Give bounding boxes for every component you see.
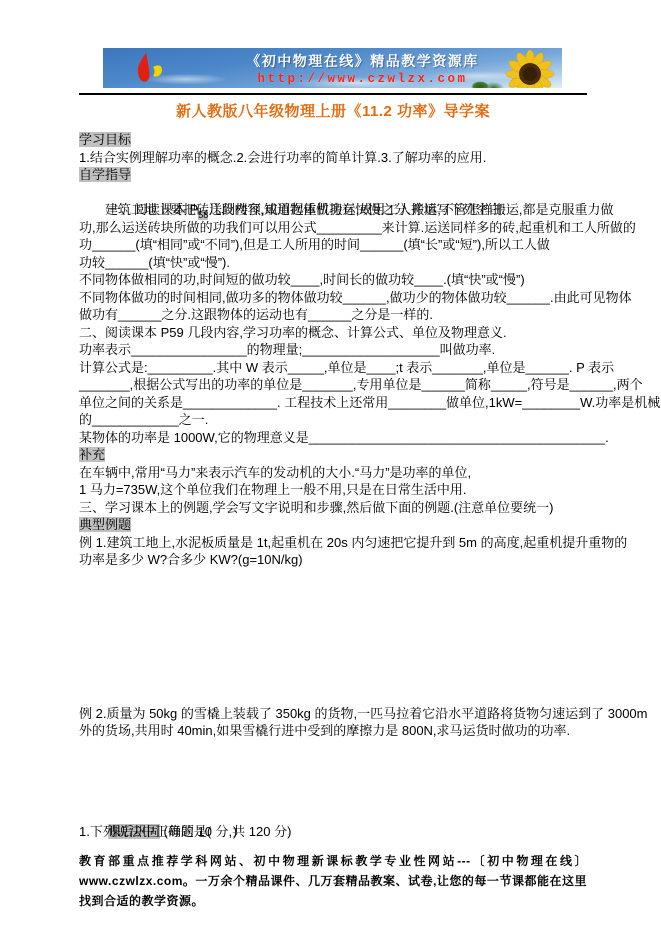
goals-heading: 学习目标: [79, 132, 131, 147]
site-banner: 《初中物理在线》精品教学资源库 http://www.czwlzx.com: [103, 48, 562, 88]
example2-line: 例 2.质量为 50kg 的雪橇上装载了 350kg 的货物,一匹马拉着它沿水平…: [79, 705, 587, 723]
bricks-paragraph-line: 建筑工地上要把砖送到楼顶,或用起重机搬运,或用工人搬运,不管怎样搬运,都是克服重…: [79, 201, 587, 219]
compare-work-line: 做功有______之分.这跟物体的运动也有______之分是一样的.: [79, 306, 587, 324]
document-page: 《初中物理在线》精品教学资源库 http://www.czwlzx.com: [0, 0, 661, 936]
reading-task-3: 三、学习课本上的例题,学会写文字说明和步骤,然后做下面的例题.(注意单位要统一): [79, 499, 587, 517]
formula-line: _______,根据公式写出的功率的单位是_______,专用单位是______…: [79, 376, 587, 394]
physical-meaning-line: 某物体的功率是 1000W,它的物理意义是___________________…: [79, 429, 587, 447]
banner-site-title: 《初中物理在线》精品教学资源库: [207, 51, 518, 71]
compare-work-line: 不同物体做功的时间相同,做功多的物体做功较______,做功少的物体做功较___…: [79, 289, 587, 307]
compare-time-line: 不同物体做相同的功,时间短的做功较____,时间长的做功较____.(填“快”或…: [79, 271, 587, 289]
example2-line: 外的货场,共用时 40min,如果雪橇行进中受到的摩擦力是 800N,求马运货时…: [79, 722, 587, 740]
site-logo-icon: [129, 51, 173, 87]
reading-task-2: 二、阅读课本 P59 几段内容,学习功率的概念、计算公式、单位及物理意义.: [79, 324, 587, 342]
formula-line: 的____________之一.: [79, 411, 587, 429]
bricks-paragraph-line: 功,那么运送砖块所做的功我们可以用公式_________来计算.运送同样多的砖,…: [79, 219, 587, 237]
reading-task-1: 一、阅读课本 P58几段内容,知道物体做功有快慢之分.并填写下列空白:: [79, 184, 587, 202]
supplement-heading: 补充: [79, 447, 105, 462]
document-body: 学习目标 1.结合实例理解功率的概念.2.会进行功率的简单计算.3.了解功率的应…: [79, 131, 587, 841]
goals-text: 1.结合实例理解功率的概念.2.会进行功率的简单计算.3.了解功率的应用.: [79, 149, 587, 167]
divider-line: [79, 93, 587, 95]
horsepower-line: 1 马力=735W,这个单位我们在物理上一般不用,只是在日常生活中用.: [79, 481, 587, 499]
sunflower-photo: [496, 48, 560, 88]
homework-heading-line: 课后巩固 (每题 10 分,共 120 分): [79, 806, 587, 824]
power-definition-line: 功率表示________________的物理量;_______________…: [79, 341, 587, 359]
bricks-paragraph-line: 功______(填“相同”或“不同”),但是工人所用的时间______(填“长”…: [79, 236, 587, 254]
document-content: 《初中物理在线》精品教学资源库 http://www.czwlzx.com: [79, 0, 587, 841]
example1-line: 例 1.建筑工地上,水泥板质量是 1t,起重机在 20s 内匀速把它提升到 5m…: [79, 534, 587, 552]
examples-heading: 典型例题: [79, 517, 131, 532]
selfstudy-heading: 自学指导: [79, 167, 131, 182]
formula-line: 单位之间的关系是_____________. 工程技术上还常用________做…: [79, 394, 587, 412]
example1-line: 功率是多少 W?合多少 KW?(g=10N/kg): [79, 551, 587, 569]
bricks-paragraph-line: 功较______(填“快”或“慢”).: [79, 254, 587, 272]
horsepower-line: 在车辆中,常用“马力”来表示汽车的发动机的大小.“马力”是功率的单位,: [79, 464, 587, 482]
question-1: 1.下列说法中正确的是( ): [79, 823, 587, 841]
footer-promo-text: 教育部重点推荐学科网站、初中物理新课标教学专业性网站---〔初中物理在线〕www…: [79, 851, 587, 911]
formula-line: 计算公式是:_________.其中 W 表示_____,单位是____;t 表…: [79, 359, 587, 377]
page-title: 新人教版八年级物理上册《11.2 功率》导学案: [79, 103, 587, 121]
